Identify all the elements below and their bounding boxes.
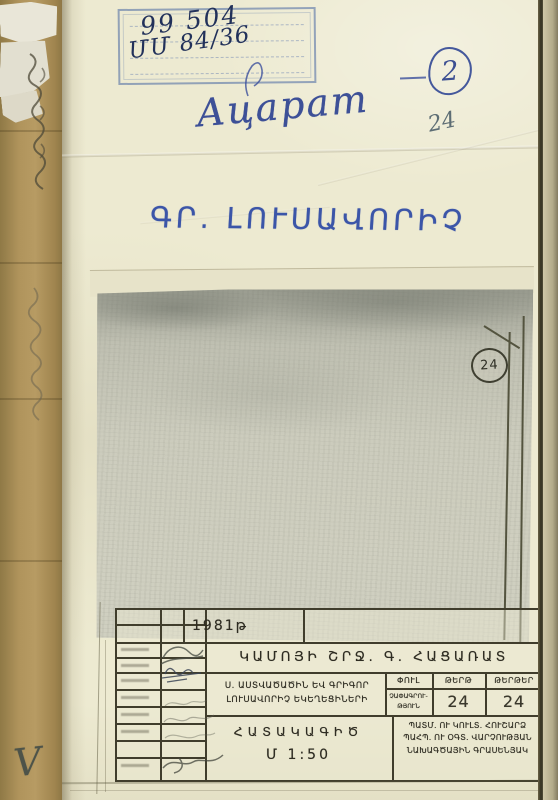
tape-seam [0,560,64,562]
pencil-checkmark: V [12,739,44,786]
organization-line3: ՆԱԽԱԳԾԱՅԻՆ ԳՐԱՍԵՆՅԱԿ [407,745,528,757]
object-line1: Ս. ԱՍՏՎԱԾԱԾԻՆ ԵՎ ԳՐԻԳՈՐ [225,680,369,694]
signature-flourish [161,647,203,664]
spine-handwriting [16,48,56,198]
stage-value-line1: ՉԱՓԱԳՐՈՒ- [389,692,428,701]
sheet-edge-line [70,790,538,791]
signature-pencil [165,700,207,706]
tape-seam [0,262,64,264]
object-name-cell: Ս. ԱՍՏՎԱԾԱԾԻՆ ԵՎ ԳՐԻԳՈՐ ԼՈՒՍԱՎՈՐԻՉ ԵԿԵՂԵ… [209,672,385,715]
sheet-number-cell: 24 [432,688,485,715]
backing-board-edge [543,0,558,800]
sheets-column-header: ԹԵՐԹԵՐ [485,672,543,688]
page-number-value: 2 [440,55,459,87]
title-block-year: 1981թ [183,610,312,642]
sheet-edge-line [105,640,106,792]
stage-value-line2: ԹՅՈՒՆ [397,702,420,711]
sheet-column-header: ԹԵՐԹ [432,672,485,688]
organization-line1: ՊԱՏՄ. ՈՒ ԿՈՒԼՏ. ՀՈՒՇԱՐՁ [409,720,527,732]
organization-cell: ՊԱՏՄ. ՈՒ ԿՈՒԼՏ. ՀՈՒՇԱՐՁ ՊԱՀՊ. ՈՒ ՕԳՏ. ՎԱ… [392,716,543,776]
spine-handwriting [24,284,56,434]
organization-line2: ՊԱՀՊ. ՈՒ ՕԳՏ. ՎԱՐՉՈՒԹՅԱՆ [403,732,532,744]
title-block-title: ԿԱՄՈՅԻ ՇՐՋ. Գ. ՀԱՑԱՌԱՏ [205,642,543,672]
drawing-name-cell: ՀԱՏԱԿԱԳԻԾ [205,718,392,744]
drawing-scale-cell: Մ 1:50 [205,744,392,766]
stage-column-header: ՓՈՒԼ [385,672,432,688]
photocopy-sheet [95,286,533,643]
stamp-ruled-line [130,59,304,75]
church-name-handwriting: ԳՐ. ԼՈՒՍԱՎՈՐԻՉ [149,200,467,237]
scanned-document-page: 99 504 ՄՄ 84/36 2 Ацарат 24 ԳՐ. ԼՈՒՍԱՎՈՐ… [0,0,558,800]
object-line2: ԼՈՒՍԱՎՈՐԻՉ ԵԿԵՂԵՑԻՆԵՐԻ [226,694,367,708]
page-left-shadow [62,0,72,800]
signature-ink [162,668,201,682]
sheet-stamp-value: 24 [480,358,499,374]
stage-value-cell: ՉԱՓԱԳՐՈՒ- ԹՅՈՒՆ [385,688,432,715]
title-block: 1981թ ԿԱՄՈՅԻ ՇՐՋ. Գ. ՀԱՑԱՌԱՏ Ս. ԱՍՏՎԱԾԱԾ… [115,608,545,782]
signatures [117,642,205,780]
sheets-total-cell: 24 [485,688,543,715]
